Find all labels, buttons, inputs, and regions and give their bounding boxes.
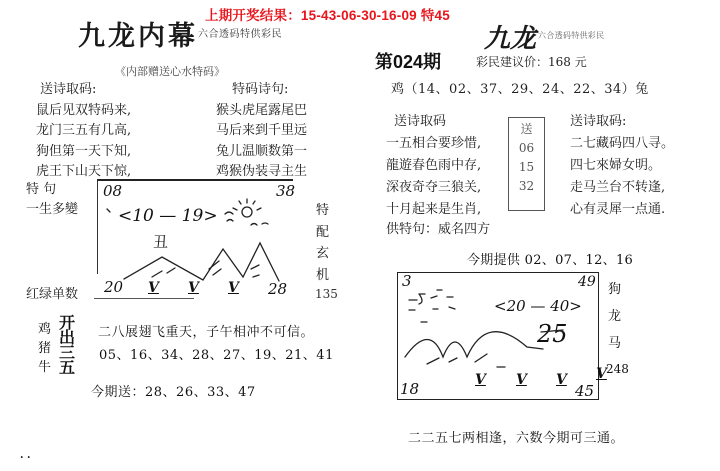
zodiac-char: 鸡 <box>38 320 51 339</box>
side-char: 特 <box>316 200 329 222</box>
last-draw-result-banner: 上期开奖结果：15-43-06-30-16-09 特45 <box>205 4 450 24</box>
left-subtitle: 六合透码特供彩民 <box>198 25 282 40</box>
side-char: 玄 <box>316 243 329 265</box>
right-poem-line: 走马兰台不转逢, <box>570 177 674 199</box>
special-phrase-value: 一生多變 <box>26 200 78 221</box>
open-char: 开 <box>59 316 75 331</box>
right-poem-heading-2: 送诗取码: <box>570 111 674 133</box>
banner-label: 上期开奖结果： <box>205 8 301 23</box>
left-poem-line: 龙门三五有几高, <box>36 121 131 142</box>
open-vertical: 开 出 三 五 <box>59 316 75 376</box>
right-side-char: 龙 <box>608 303 621 330</box>
right-poem-line: 四七來婦女明。 <box>570 155 674 177</box>
right-side-vertical: 狗 龙 马 <box>608 276 621 357</box>
special-poem-line: 兔儿温顺数第一 <box>216 142 307 163</box>
left-note: 《内部赠送心水特码》 <box>115 63 225 79</box>
side-char: 配 <box>316 222 329 244</box>
right-side-number: 248 <box>606 362 629 376</box>
send-box-number: 06 <box>509 139 544 158</box>
right-sketch-mark: V <box>516 372 527 388</box>
left-number-list: 05、16、34、28、27、19、21、41 <box>99 344 334 363</box>
left-poem-heading: 送诗取码: <box>36 80 131 101</box>
right-sketch-mark: V <box>475 372 486 388</box>
right-subtitle: 六合透码特供彩民 <box>538 30 604 41</box>
right-poem-line: 心有灵犀一点通. <box>570 199 674 221</box>
suggested-price: 彩民建议价：168 元 <box>476 53 587 70</box>
open-char: 五 <box>59 361 75 376</box>
baseline-divider <box>94 298 194 299</box>
sketch-mark: V <box>228 280 239 296</box>
side-char: 机 <box>316 265 329 287</box>
right-poem-block-2: 送诗取码: 二七藏码四八寻。 四七來婦女明。 走马兰台不转逢, 心有灵犀一点通. <box>570 111 674 221</box>
special-phrase-label: 特 句 <box>26 180 56 201</box>
right-side-char: 狗 <box>608 276 621 303</box>
left-title: 九龙内幕 <box>78 14 198 53</box>
send-box-label: 送 <box>509 120 544 139</box>
right-poem-line: 深夜奇夺三狼关, <box>386 177 481 199</box>
right-poem-block: 送诗取码 一五相合要珍惜, 龍遊春色雨中存, 深夜奇夺三狼关, 十月起来是生肖, <box>386 111 481 221</box>
left-side-vertical: 特 配 玄 机 <box>316 200 329 286</box>
open-char: 三 <box>59 346 75 361</box>
hills-sun-drawing-icon <box>397 272 602 402</box>
sketch-bottom-right-number: 28 <box>268 280 287 298</box>
special-poem-line: 猴头虎尾露尾巴 <box>216 101 307 122</box>
right-poem-line: 十月起来是生肖, <box>386 199 481 221</box>
banner-special: 特45 <box>421 8 450 23</box>
special-poem-line: 马后来到千里远 <box>216 121 307 142</box>
footer-dots: . . <box>20 450 30 461</box>
left-verse: 二八展翅飞重天，子午相冲不可信。 <box>98 321 314 340</box>
send-box-number: 15 <box>509 158 544 177</box>
header-numbers: 鸡（14、02、37、29、24、22、34）兔 <box>391 78 649 97</box>
left-special-poem-block: 特码诗句: 猴头虎尾露尾巴 马后来到千里远 兔儿温顺数第一 鸡猴伪装寻主生 <box>216 80 307 183</box>
right-poem-line: 二七藏码四八寻。 <box>570 133 674 155</box>
zodiac-char: 牛 <box>38 358 51 377</box>
right-title: 九龙 <box>484 18 536 55</box>
issue-number: 第024期 <box>375 48 441 74</box>
left-side-number: 135 <box>315 287 338 301</box>
red-green-label: 红绿单数 <box>26 285 78 306</box>
sketch-mark: V <box>188 280 199 296</box>
sketch-mark: V <box>148 280 159 296</box>
send-box-number: 32 <box>509 177 544 196</box>
special-poem-heading: 特码诗句: <box>216 80 307 101</box>
sketch-bottom-left-number: 20 <box>104 278 123 296</box>
zodiac-char: 猪 <box>38 339 51 358</box>
right-sketch-mark: V <box>556 372 567 388</box>
right-poem-line: 龍遊春色雨中存, <box>386 155 481 177</box>
left-poem-line: 鼠后见双特码来, <box>36 101 131 122</box>
right-poem-heading: 送诗取码 <box>386 111 481 133</box>
zodiac-vertical: 鸡 猪 牛 <box>38 320 51 377</box>
open-char: 出 <box>59 331 75 346</box>
right-special-phrase: 供特句：威名四方 <box>386 220 490 241</box>
today-provide: 今期提供 02、07、12、16 <box>467 249 633 268</box>
right-side-char: 马 <box>608 330 621 357</box>
right-footer-verse: 二二五七两相逢，六数今期可三通。 <box>408 427 624 446</box>
right-poem-line: 一五相合要珍惜, <box>386 133 481 155</box>
today-send: 今期送：28、26、33、47 <box>91 381 256 400</box>
left-poem-block: 送诗取码: 鼠后见双特码来, 龙门三五有几高, 狗但第一天下知, 虎王下山天下惊… <box>36 80 131 183</box>
send-number-box: 送 06 15 32 <box>508 117 545 211</box>
banner-numbers: 15-43-06-30-16-09 <box>301 8 417 23</box>
left-poem-line: 狗但第一天下知, <box>36 142 131 163</box>
